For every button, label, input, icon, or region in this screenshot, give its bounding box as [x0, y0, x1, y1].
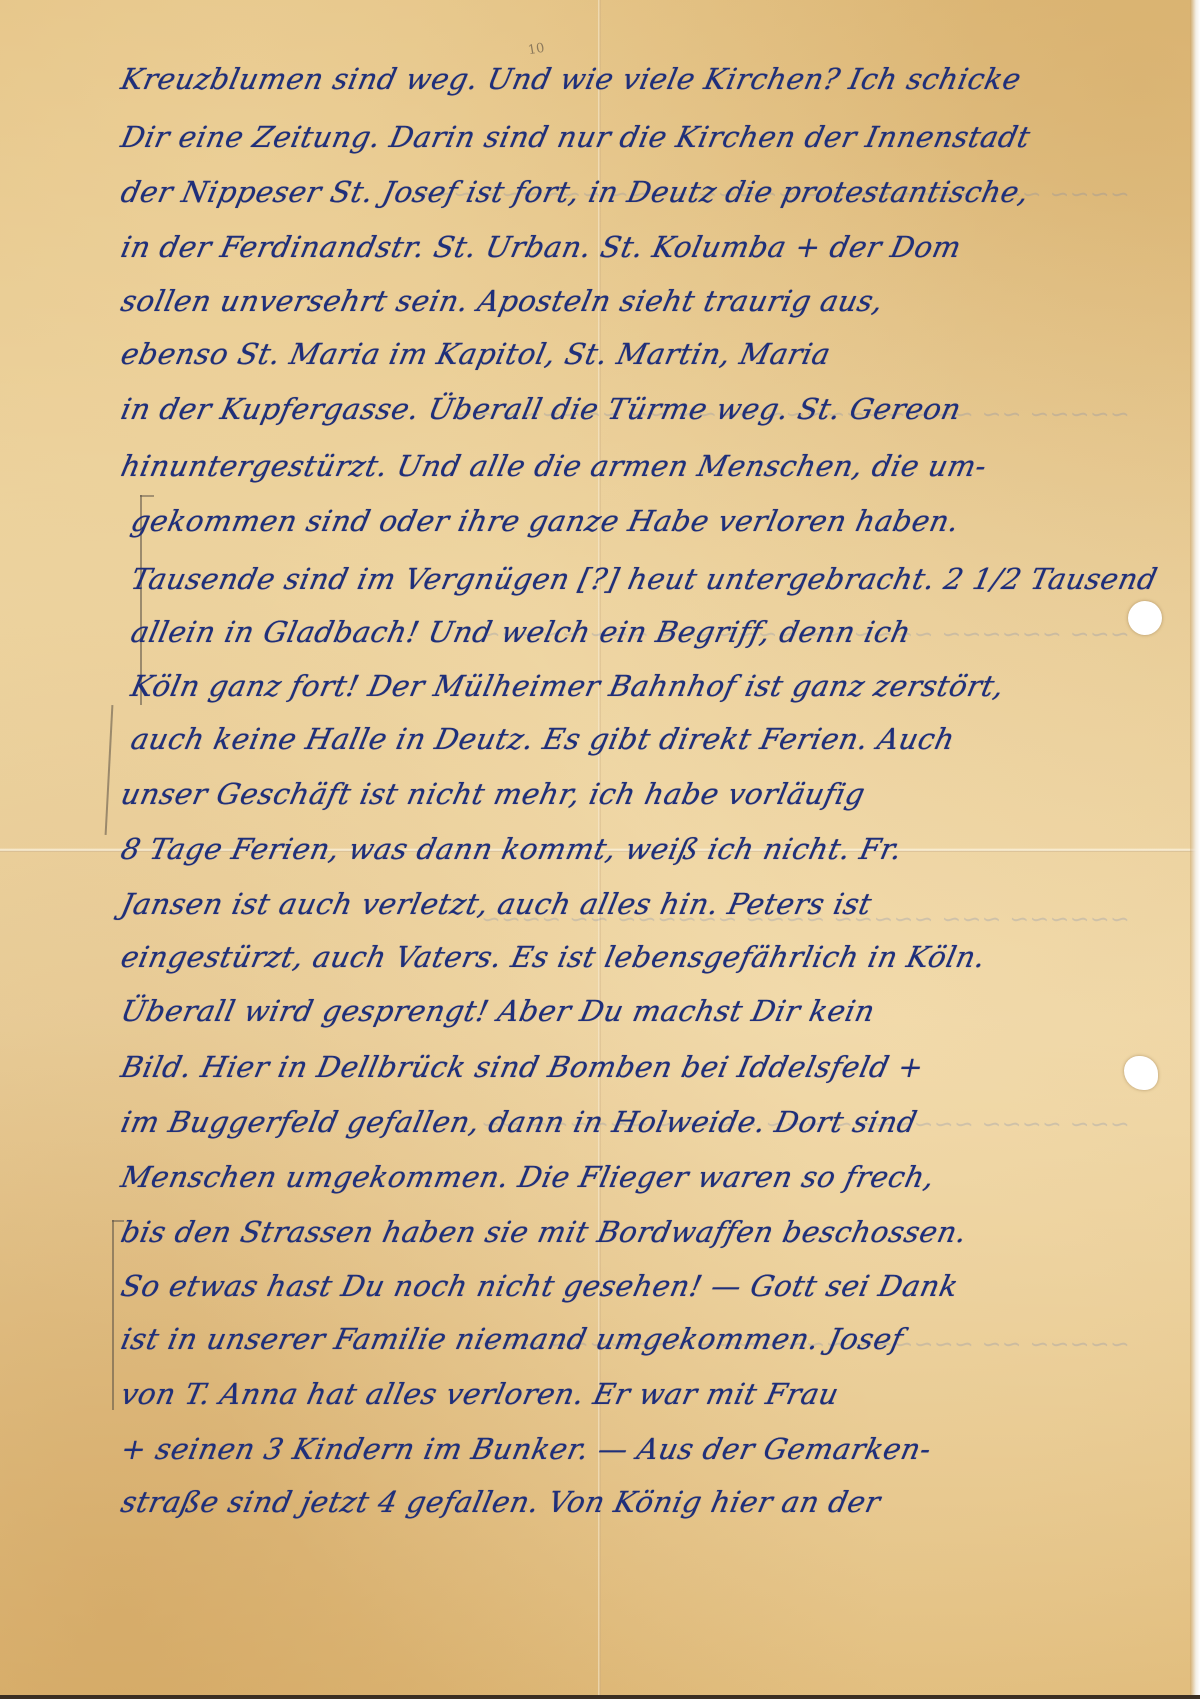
handwritten-line: ist in unserer Familie niemand umgekomme… — [118, 1322, 1165, 1356]
letter-page: ~~~~ ~~~ ~~~~~~ ~~ ~~~~~ ~~~~ ~~~~~~ ~~~… — [0, 0, 1200, 1699]
handwritten-line: gekommen sind oder ihre ganze Habe verlo… — [128, 504, 1175, 538]
paper-bottom-edge — [0, 1695, 1200, 1699]
handwritten-line: von T. Anna hat alles verloren. Er war m… — [118, 1377, 1165, 1411]
handwritten-line: im Buggerfeld gefallen, dann in Holweide… — [118, 1105, 1165, 1139]
handwritten-line: ebenso St. Maria im Kapitol, St. Martin,… — [118, 337, 1165, 371]
pencil-margin-tick — [112, 1220, 124, 1222]
paper-right-edge — [1190, 0, 1200, 1699]
handwritten-line: Tausende sind im Vergnügen [?] heut unte… — [128, 562, 1175, 596]
handwritten-line: 8 Tage Ferien, was dann kommt, weiß ich … — [118, 832, 1165, 866]
handwritten-line: Kreuzblumen sind weg. Und wie viele Kirc… — [118, 62, 1165, 96]
handwritten-line: unser Geschäft ist nicht mehr, ich habe … — [118, 777, 1165, 811]
handwritten-line: bis den Strassen haben sie mit Bordwaffe… — [118, 1215, 1165, 1249]
punch-hole — [1128, 601, 1162, 635]
handwritten-line: der Nippeser St. Josef ist fort, in Deut… — [118, 175, 1165, 209]
handwritten-line: + seinen 3 Kindern im Bunker. — Aus der … — [118, 1432, 1165, 1466]
handwritten-line: straße sind jetzt 4 gefallen. Von König … — [118, 1485, 1165, 1519]
handwritten-line: Bild. Hier in Dellbrück sind Bomben bei … — [118, 1050, 1165, 1084]
handwritten-line: Jansen ist auch verletzt, auch alles hin… — [118, 887, 1165, 921]
handwritten-line: Überall wird gesprengt! Aber Du machst D… — [118, 994, 1165, 1028]
handwritten-line: eingestürzt, auch Vaters. Es ist lebensg… — [118, 940, 1165, 974]
handwritten-line: allein in Gladbach! Und welch ein Begrif… — [128, 615, 1175, 649]
handwritten-line: in der Kupfergasse. Überall die Türme we… — [118, 392, 1165, 426]
handwritten-line: auch keine Halle in Deutz. Es gibt direk… — [128, 722, 1175, 756]
handwritten-line: Menschen umgekommen. Die Flieger waren s… — [118, 1160, 1165, 1194]
handwritten-line: So etwas hast Du noch nicht gesehen! — G… — [118, 1269, 1165, 1303]
handwritten-line: in der Ferdinandstr. St. Urban. St. Kolu… — [118, 230, 1165, 264]
handwritten-line: sollen unversehrt sein. Aposteln sieht t… — [118, 284, 1165, 318]
pencil-margin-line — [105, 705, 113, 835]
handwritten-line: Dir eine Zeitung. Darin sind nur die Kir… — [118, 120, 1165, 154]
punch-hole — [1124, 1056, 1158, 1090]
pencil-margin-line — [112, 1220, 114, 1410]
page-number-mark: 10 — [527, 41, 546, 59]
handwritten-line: hinuntergestürzt. Und alle die armen Men… — [118, 449, 1165, 483]
handwritten-line: Köln ganz fort! Der Mülheimer Bahnhof is… — [128, 669, 1175, 703]
pencil-margin-tick — [140, 495, 154, 497]
